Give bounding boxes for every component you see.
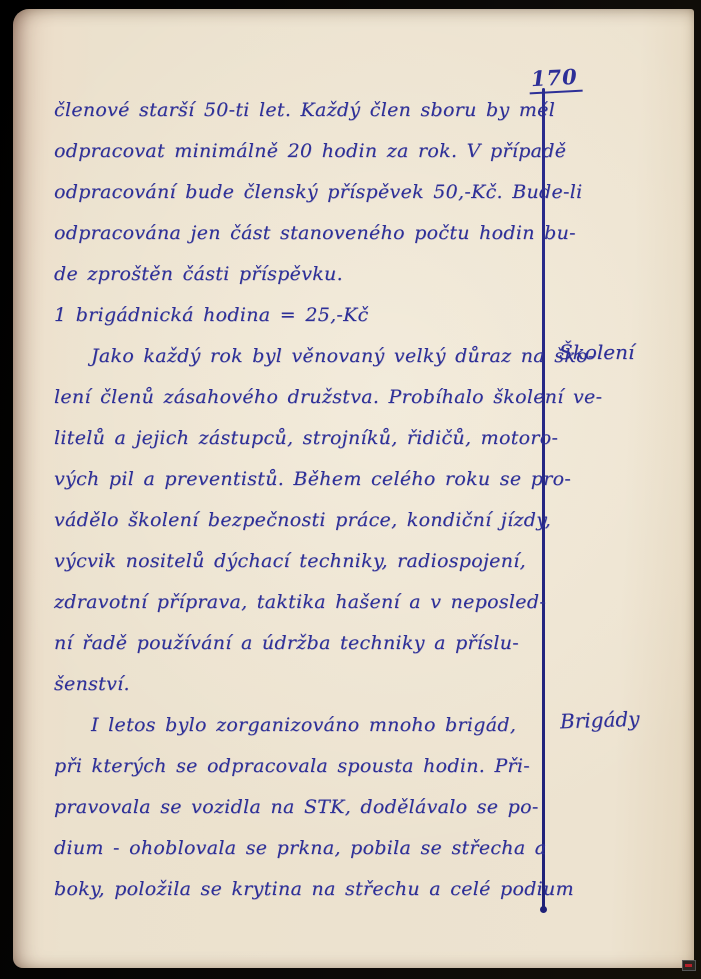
handwritten-line: I letos bylo zorganizováno mnoho brigád, [54, 706, 546, 747]
margin-note-brigady: Brigády [560, 707, 640, 734]
handwritten-line: lení členů zásahového družstva. Probíhal… [54, 378, 546, 419]
handwritten-line: šenství. [54, 665, 546, 706]
chronicle-page: 170 členové starší 50-ti let. Každý člen… [13, 9, 694, 968]
handwritten-line: zdravotní příprava, taktika hašení a v n… [54, 583, 546, 624]
handwritten-line: vádělo školení bezpečnosti práce, kondič… [54, 501, 546, 542]
handwritten-line: odpracování bude členský příspěvek 50,-K… [54, 173, 546, 214]
handwritten-text-block: členové starší 50-ti let. Každý člen sbo… [54, 91, 546, 911]
margin-note-skoleni: Školení [559, 340, 634, 364]
scan-artifact-icon [682, 960, 696, 971]
handwritten-line: dium - ohoblovala se prkna, pobila se st… [54, 829, 546, 870]
handwritten-line: 1 brigádnická hodina = 25,-Kč [54, 296, 546, 337]
handwritten-line: pravovala se vozidla na STK, dodělávalo … [54, 788, 546, 829]
page-number: 170 [528, 64, 582, 95]
handwritten-line: de zproštěn části příspěvku. [54, 255, 546, 296]
handwritten-line: při kterých se odpracovala spousta hodin… [54, 747, 546, 788]
handwritten-line: ní řadě používání a údržba techniky a př… [54, 624, 546, 665]
handwritten-line: vých pil a preventistů. Během celého rok… [54, 460, 546, 501]
handwritten-line: boky, položila se krytina na střechu a c… [54, 870, 546, 911]
handwritten-line: odpracována jen část stanoveného počtu h… [54, 214, 546, 255]
handwritten-line: členové starší 50-ti let. Každý člen sbo… [54, 91, 546, 132]
handwritten-line: odpracovat minimálně 20 hodin za rok. V … [54, 132, 546, 173]
handwritten-line: výcvik nositelů dýchací techniky, radios… [54, 542, 546, 583]
handwritten-line: Jako každý rok byl věnovaný velký důraz … [54, 337, 546, 378]
handwritten-line: litelů a jejich zástupců, strojníků, řid… [54, 419, 546, 460]
